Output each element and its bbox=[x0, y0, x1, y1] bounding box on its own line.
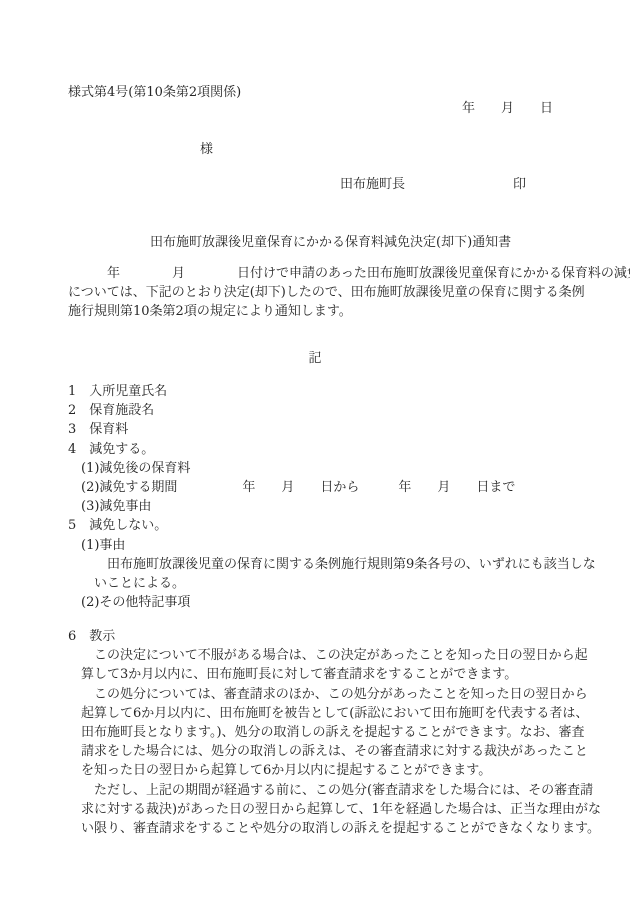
text-line: 算して3か月以内に、田布施町長に対して審査請求をすることができます。 bbox=[68, 665, 601, 684]
text-line: ただし、上記の期間が経過する前に、この処分(審査請求をした場合には、その審査請 bbox=[68, 781, 601, 800]
record-list: 1 入所児童氏名2 保育施設名3 保育料4 減免する。 (1)減免後の保育料 (… bbox=[68, 382, 596, 612]
text-line: 年 月 日付けで申請のあった田布施町放課後児童保育にかかる保育料の減免 bbox=[68, 264, 630, 283]
text-line: (2)その他特記事項 bbox=[68, 593, 596, 612]
intro-paragraph: 年 月 日付けで申請のあった田布施町放課後児童保育にかかる保育料の減免については… bbox=[68, 264, 630, 322]
text-line: (1)減免後の保育料 bbox=[68, 459, 596, 478]
text-line: 求に対する裁決)があった日の翌日から起算して、1年を経過した場合は、正当な理由が… bbox=[68, 800, 601, 819]
record-marker: 記 bbox=[0, 352, 630, 365]
text-line: 田布施町長となります。)、処分の取消しの訴えを提起することができます。なお、審査 bbox=[68, 723, 601, 742]
text-line: 起算して6か月以内に、田布施町を被告として(訴訟において田布施町を代表する者は、 bbox=[68, 704, 601, 723]
text-line: 1 入所児童氏名 bbox=[68, 382, 596, 401]
seal-mark: 印 bbox=[513, 178, 526, 191]
text-line: 3 保育料 bbox=[68, 420, 596, 439]
instruction-section: 6 教示 この決定について不服がある場合は、この決定があったことを知った日の翌日… bbox=[68, 627, 601, 838]
text-line: については、下記のとおり決定(却下)したので、田布施町放課後児童の保育に関する条… bbox=[68, 283, 630, 302]
document-page: 様式第4号(第10条第2項関係) 年 月 日 様 田布施町長 印 田布施町放課後… bbox=[0, 0, 630, 915]
text-line: この処分については、審査請求のほか、この処分があったことを知った日の翌日から bbox=[68, 685, 601, 704]
text-line: (2)減免する期間 年 月 日から 年 月 日まで bbox=[68, 478, 596, 497]
text-line: (3)減免事由 bbox=[68, 497, 596, 516]
text-line: 請求をした場合には、処分の取消しの訴えは、その審査請求に対する裁決があったこと bbox=[68, 742, 601, 761]
text-line: 施行規則第10条第2項の規定により通知します。 bbox=[68, 302, 630, 321]
text-line: いことによる。 bbox=[68, 574, 596, 593]
text-line: 2 保育施設名 bbox=[68, 401, 596, 420]
addressee-honorific: 様 bbox=[200, 143, 213, 156]
mayor-title: 田布施町長 bbox=[340, 178, 405, 191]
text-line: 5 減免しない。 bbox=[68, 516, 596, 535]
text-line: この決定について不服がある場合は、この決定があったことを知った日の翌日から起 bbox=[68, 646, 601, 665]
issue-date-line: 年 月 日 bbox=[462, 102, 553, 115]
form-number: 様式第4号(第10条第2項関係) bbox=[68, 86, 241, 99]
text-line: い限り、審査請求をすることや処分の取消しの訴えを提起することができなくなります。 bbox=[68, 819, 601, 838]
text-line: 4 減免する。 bbox=[68, 440, 596, 459]
text-line: (1)事由 bbox=[68, 536, 596, 555]
text-line: 6 教示 bbox=[68, 627, 601, 646]
document-title: 田布施町放課後児童保育にかかる保育料減免決定(却下)通知書 bbox=[150, 236, 511, 249]
text-line: を知った日の翌日から起算して6か月以内に提起することができます。 bbox=[68, 761, 601, 780]
text-line: 田布施町放課後児童の保育に関する条例施行規則第9条各号の、いずれにも該当しな bbox=[68, 555, 596, 574]
